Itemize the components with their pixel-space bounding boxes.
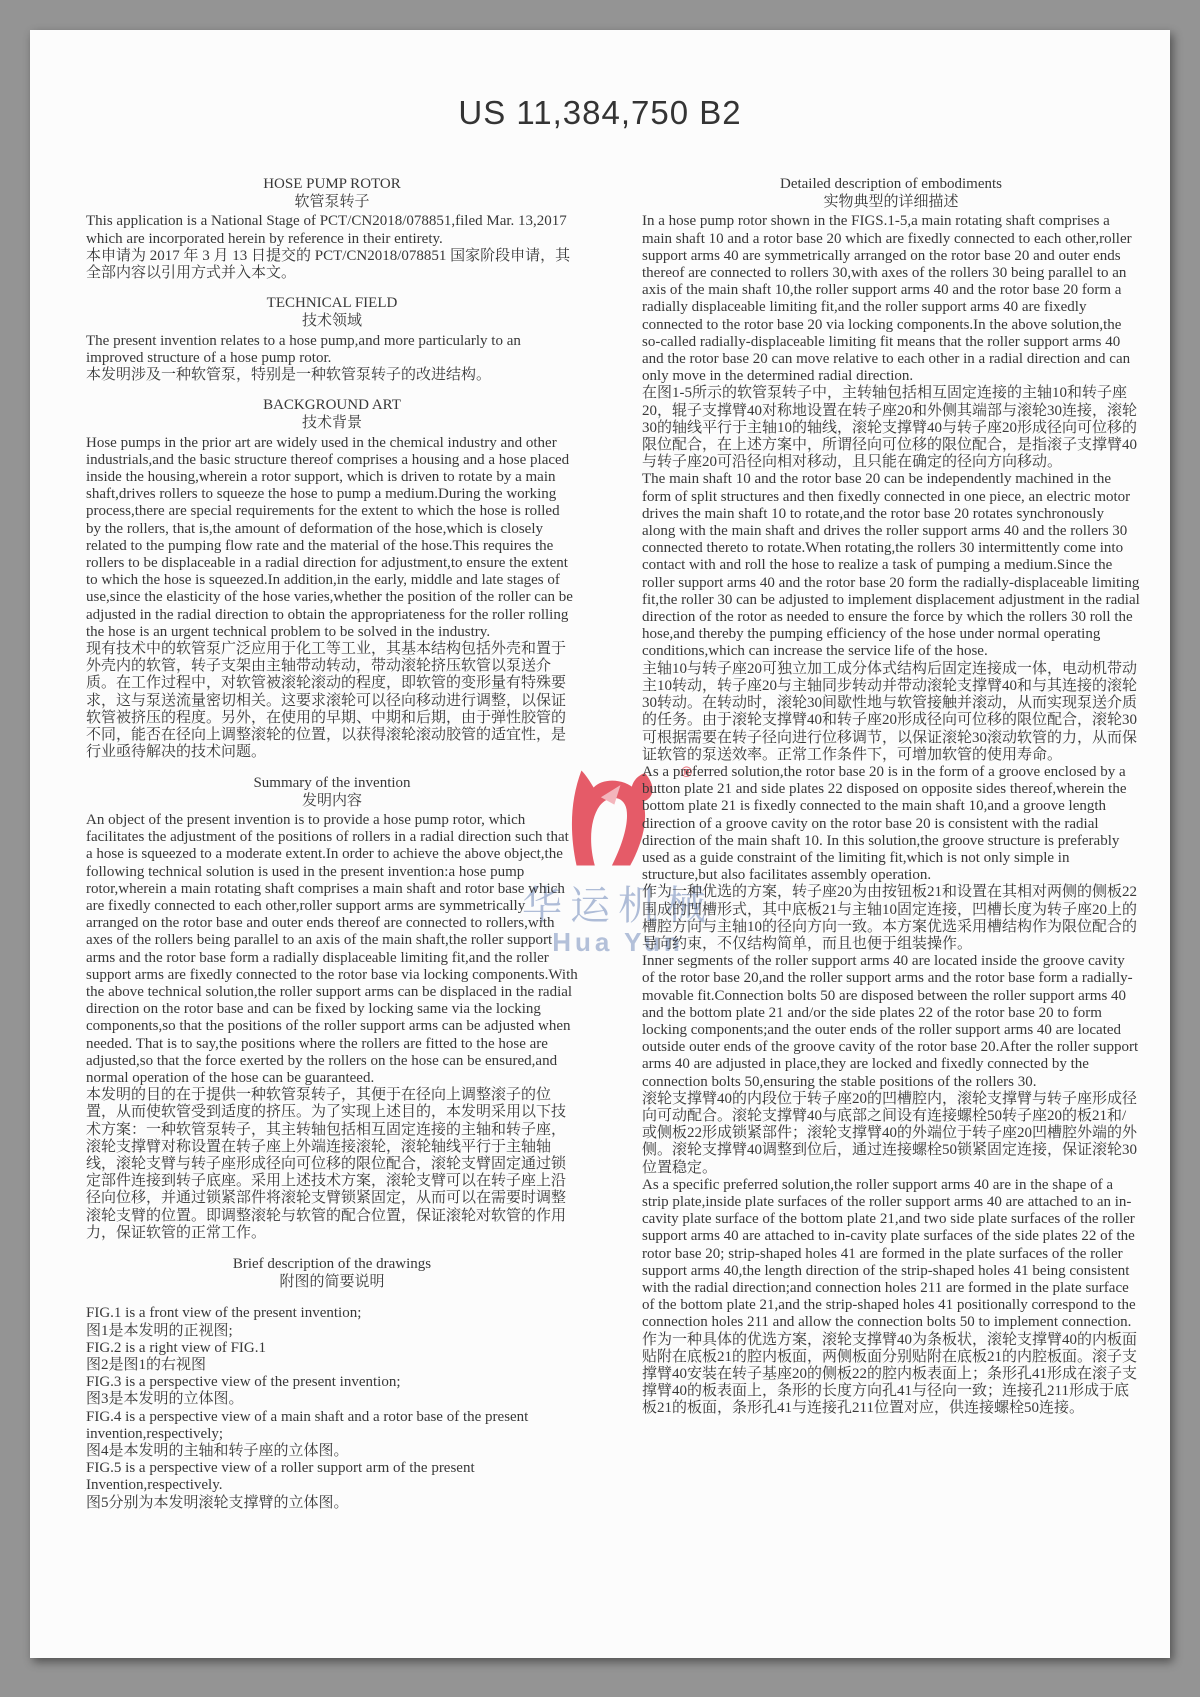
figure-description-line: FIG.3 is a perspective view of the prese… — [86, 1374, 578, 1391]
paragraph: 在图1-5所示的软管泵转子中，主转轴包括相互固定连接的主轴10和转子座20，辊子… — [642, 385, 1140, 471]
section-heading-zh: 附图的简要说明 — [86, 1274, 578, 1291]
figure-description-line: 图4是本发明的主轴和转子座的立体图。 — [86, 1443, 578, 1460]
section-heading-en: TECHNICAL FIELD — [86, 295, 578, 312]
paragraph: The main shaft 10 and the rotor base 20 … — [642, 471, 1140, 660]
figure-description-line: FIG.5 is a perspective view of a roller … — [86, 1460, 578, 1494]
figure-description-line: 图5分别为本发明滚轮支撑臂的立体图。 — [86, 1495, 578, 1512]
paragraph: The present invention relates to a hose … — [86, 333, 578, 367]
paragraph: 作为一种优选的方案，转子座20为由按钮板21和设置在其相对两侧的侧板22围成的凹… — [642, 884, 1140, 953]
two-column-layout: HOSE PUMP ROTOR 软管泵转子 This application i… — [30, 176, 1170, 1512]
paragraph: As a preferred solution,the rotor base 2… — [642, 764, 1140, 884]
section-heading-zh: 技术领域 — [86, 313, 578, 330]
section-heading-en: Summary of the invention — [86, 775, 578, 792]
paragraph: In a hose pump rotor shown in the FIGS.1… — [642, 213, 1140, 385]
section-heading-zh: 发明内容 — [86, 793, 578, 810]
paragraph: Inner segments of the roller support arm… — [642, 953, 1140, 1091]
patent-document-page: US 11,384,750 B2 ® 华运机械 Hua Yun HOSE PUM… — [30, 30, 1170, 1658]
desktop-background: US 11,384,750 B2 ® 华运机械 Hua Yun HOSE PUM… — [0, 0, 1200, 1697]
section-heading-zh: 软管泵转子 — [86, 194, 578, 211]
patent-number: US 11,384,750 B2 — [30, 30, 1170, 132]
paragraph: This application is a National Stage of … — [86, 213, 578, 247]
paragraph: 滚轮支撑臂40的内段位于转子座20的凹槽腔内，滚轮支撑臂与转子座形成径向可动配合… — [642, 1091, 1140, 1177]
paragraph: An object of the present invention is to… — [86, 812, 578, 1087]
paragraph: Hose pumps in the prior art are widely u… — [86, 435, 578, 641]
left-column: HOSE PUMP ROTOR 软管泵转子 This application i… — [86, 176, 578, 1512]
paragraph: 作为一种具体的优选方案，滚轮支撑臂40为条板状，滚轮支撑臂40的内板面贴附在底板… — [642, 1332, 1140, 1418]
section-heading-en: Brief description of the drawings — [86, 1256, 578, 1273]
paragraph: 本发明的目的在于提供一种软管泵转子，其便于在径向上调整滚子的位置，从而使软管受到… — [86, 1087, 578, 1242]
figure-description-line: 图2是图1的右视图 — [86, 1357, 578, 1374]
section-heading-en: Detailed description of embodiments — [642, 176, 1140, 193]
right-column: Detailed description of embodiments 实物典型… — [642, 176, 1140, 1512]
figure-description-line: 图1是本发明的正视图; — [86, 1323, 578, 1340]
paragraph: 主轴10与转子座20可独立加工成分体式结构后固定连接成一体，电动机带动主10转动… — [642, 661, 1140, 764]
paragraph: 本发明涉及一种软管泵，特别是一种软管泵转子的改进结构。 — [86, 367, 578, 384]
paragraph: 现有技术中的软管泵广泛应用于化工等工业，其基本结构包括外壳和置于外壳内的软管，转… — [86, 641, 578, 761]
figure-description-line: 图3是本发明的立体图。 — [86, 1391, 578, 1408]
section-heading-zh: 技术背景 — [86, 415, 578, 432]
section-heading-zh: 实物典型的详细描述 — [642, 194, 1140, 211]
paragraph: 本申请为 2017 年 3 月 13 日提交的 PCT/CN2018/07885… — [86, 248, 578, 282]
section-heading-en: BACKGROUND ART — [86, 397, 578, 414]
figure-description-line: FIG.1 is a front view of the present inv… — [86, 1305, 578, 1322]
paragraph: As a specific preferred solution,the rol… — [642, 1177, 1140, 1332]
section-heading-en: HOSE PUMP ROTOR — [86, 176, 578, 193]
figure-description-line: FIG.4 is a perspective view of a main sh… — [86, 1409, 578, 1443]
figure-description-line: FIG.2 is a right view of FIG.1 — [86, 1340, 578, 1357]
